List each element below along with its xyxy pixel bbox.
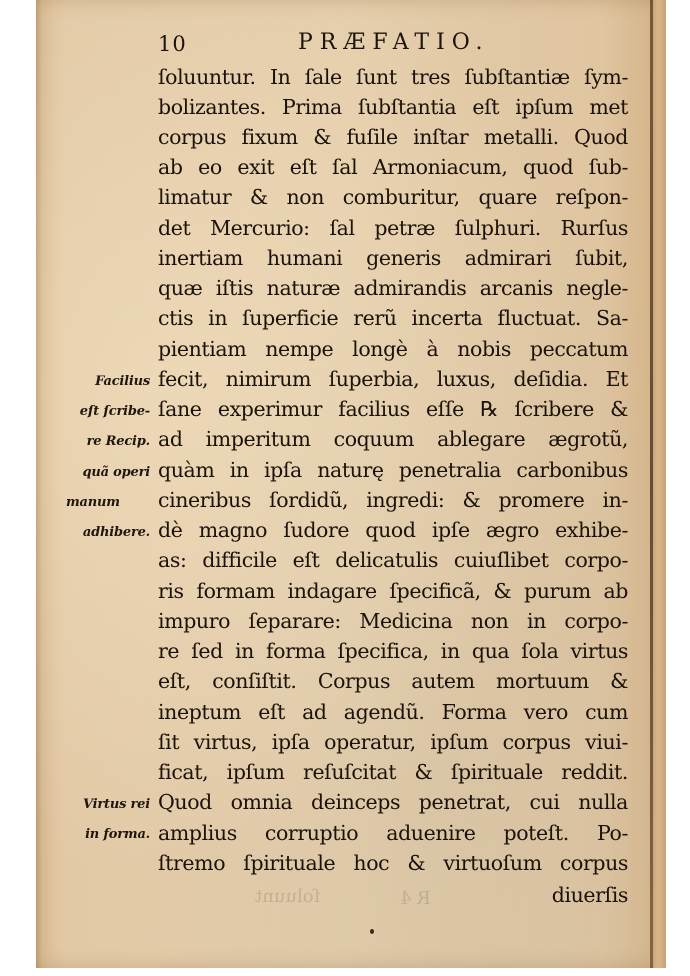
text-line: fecit, nimirum ſuperbia, luxus, deſidia.… [158, 364, 628, 394]
text-line: ris formam indagare ſpecificã, & purum a… [158, 576, 628, 606]
text-line: cineribus ſordidũ, ingredi: & promere in… [158, 485, 628, 515]
text-line: inertiam humani generis admirari ſubit, [158, 243, 628, 273]
marginal-note: adhibere. [54, 521, 150, 545]
text-line: re ſed in forma ſpecifica, in qua ſola v… [158, 636, 628, 666]
text-line: limatur & non comburitur, quare reſpon- [158, 182, 628, 212]
ink-speck [370, 929, 374, 934]
text-line: eſt, conſiſtit. Corpus autem mortuum & [158, 666, 628, 696]
text-line: ineptum eſt ad agendũ. Forma vero cum [158, 697, 628, 727]
text-line: Quod omnia deinceps penetrat, cui nulla [158, 787, 628, 817]
text-line: ſane experimur facilius eſſe ℞ ſcribere … [158, 394, 628, 424]
page-number: 10 [158, 32, 187, 56]
text-line: as: difficile eſt delicatulis cuiuſlibet… [158, 545, 628, 575]
text-line: ab eo exit eſt ſal Armoniacum, quod ſub- [158, 152, 628, 182]
marginal-note: re Recip. [54, 430, 150, 454]
running-title: PRÆFATIO. [298, 30, 490, 55]
text-line: impuro ſeparare: Medicina non in corpo- [158, 606, 628, 636]
text-line: corpus fixum & fuſile inſtar metalli. Qu… [158, 122, 628, 152]
text-line: det Mercurio: ſal petræ ſulphuri. Rurſus [158, 213, 628, 243]
page-edge [653, 0, 666, 968]
text-line: ſit virtus, ipſa operatur, ipſum corpus … [158, 727, 628, 757]
text-line: ſoluuntur. In ſale ſunt tres ſubſtantiæ … [158, 62, 628, 92]
text-line: quàm in ipſa naturę penetralia carbonibu… [158, 455, 628, 485]
text-line: ctis in ſuperficie rerũ incerta fluctuat… [158, 303, 628, 333]
text-line: ficat, ipſum reſuſcitat & ſpirituale red… [158, 757, 628, 787]
text-line: bolizantes. Prima ſubſtantia eſt ipſum m… [158, 92, 628, 122]
marginal-note: eſt ſcribe- [54, 400, 150, 424]
text-line: pientiam nempe longè à nobis peccatum [158, 334, 628, 364]
marginal-note: Virtus rei [54, 793, 150, 817]
marginal-note: manum [54, 491, 150, 515]
marginal-note: Facilius [54, 370, 150, 394]
text-line: ſtremo ſpirituale hoc & virtuoſum corpus [158, 848, 628, 878]
catchword: diuerſis [158, 880, 628, 910]
text-line: ad imperitum coquum ablegare ægrotũ, [158, 424, 628, 454]
text-line: dè magno ſudore quod ipſe ægro exhibe- [158, 515, 628, 545]
text-line: amplius corruptio aduenire poteſt. Po- [158, 818, 628, 848]
marginal-note: quã operi [54, 461, 150, 485]
text-line: quæ iſtis naturæ admirandis arcanis negl… [158, 273, 628, 303]
marginal-note: in forma. [54, 823, 150, 847]
